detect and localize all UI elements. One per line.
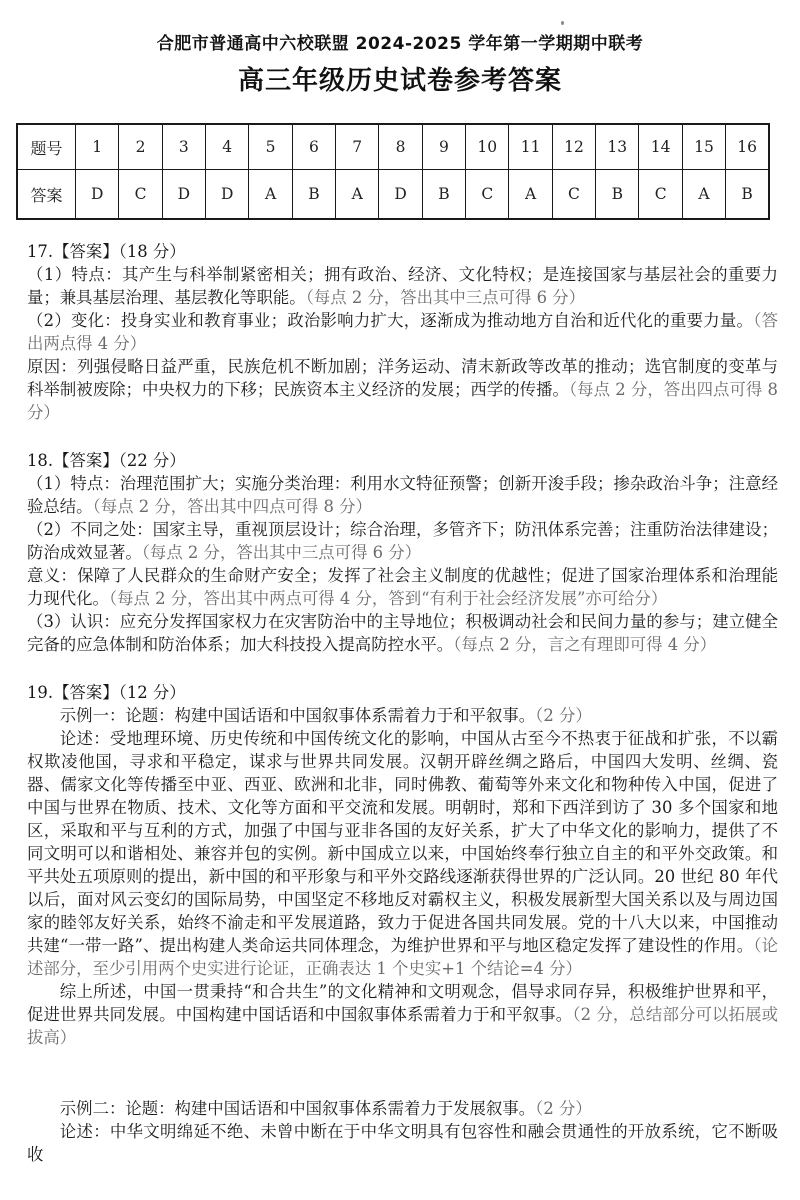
question-number-cell: 12 (552, 124, 595, 170)
answer-letter-cell: C (552, 170, 595, 220)
answer-letter-cell: B (726, 170, 769, 220)
question-number-cell: 1 (76, 124, 119, 170)
answer-letter-cell: A (336, 170, 379, 220)
answer-sections: 17.【答案】（18 分）（1）特点：其产生与科举制紧密相关；拥有政治、经济、文… (0, 220, 800, 1166)
scan-artifact-dot (561, 21, 564, 25)
answer-paragraph: （1）特点：其产生与科举制紧密相关；拥有政治、经济、文化特权；是连接国家与基层社… (27, 263, 778, 309)
question-number-cell: 9 (422, 124, 465, 170)
question-number-cell: 11 (509, 124, 552, 170)
answer-letter-cell: D (76, 170, 119, 220)
page-title: 高三年级历史试卷参考答案 (0, 66, 800, 96)
section-heading: 18.【答案】（22 分） (27, 449, 778, 472)
question-number-cell: 8 (379, 124, 422, 170)
answer-letter-cell: A (509, 170, 552, 220)
answer-paragraph: 综上所述，中国一贯秉持“和合共生”的文化精神和文明观念，倡导求同存异，积极维护世… (27, 980, 778, 1049)
exam-title: 合肥市普通高中六校联盟 2024-2025 学年第一学期期中联考 (0, 34, 800, 54)
score-note: （每点 2 分，答出其中三点可得 6 分） (306, 288, 585, 307)
answer-section: 18.【答案】（22 分）（1）特点：治理范围扩大；实施分类治理：利用水文特征预… (27, 449, 778, 656)
question-number-cell: 7 (336, 124, 379, 170)
answer-letter-cell: C (639, 170, 682, 220)
answer-row-label: 答案 (17, 170, 76, 220)
answer-key-table: 题号 12345678910111213141516 答案 DCDDABADBC… (16, 123, 770, 220)
answer-letter-cell: B (596, 170, 639, 220)
answer-letter-cell: B (422, 170, 465, 220)
score-note: （每点 2 分，答出其中四点可得 8 分） (93, 497, 372, 516)
answer-text: 示例一：论题：构建中国话语和中国叙事体系需着力于和平叙事。 (60, 706, 535, 725)
score-note: （每点 2 分，答出其中三点可得 6 分） (142, 543, 421, 562)
answer-paragraph: 原因：列强侵略日益严重，民族危机不断加剧；洋务运动、清末新政等改革的推动；选官制… (27, 355, 778, 424)
score-note: （每点 2 分，言之有理即可得 4 分） (453, 635, 716, 654)
answer-letter-cell: C (119, 170, 162, 220)
question-number-cell: 2 (119, 124, 162, 170)
score-note: （2 分） (535, 706, 592, 725)
answer-text: 论述：受地理环境、历史传统和中国传统文化的影响，中国从古至今不热衷于征战和扩张，… (27, 729, 778, 955)
question-number-cell: 14 (639, 124, 682, 170)
question-number-cell: 16 (726, 124, 769, 170)
question-number-cell: 4 (206, 124, 249, 170)
question-number-cell: 13 (596, 124, 639, 170)
answer-paragraph: 论述：中华文明绵延不绝、未曾中断在于中华文明具有包容性和融会贯通性的开放系统，它… (27, 1120, 778, 1166)
answer-letter-cell: C (466, 170, 509, 220)
section-heading: 19.【答案】（12 分） (27, 681, 778, 704)
answer-letter-cell: D (379, 170, 422, 220)
question-number-cell: 5 (249, 124, 292, 170)
answer-letter-cell: A (249, 170, 292, 220)
question-number-cell: 6 (292, 124, 335, 170)
answer-paragraph: （1）特点：治理范围扩大；实施分类治理：利用水文特征预警；创新开浚手段；掺杂政治… (27, 472, 778, 518)
answer-letter-row: 答案 DCDDABADBCACBCAB (17, 170, 769, 220)
answer-text: 示例二：论题：构建中国话语和中国叙事体系需着力于发展叙事。 (60, 1099, 535, 1118)
answer-section: 17.【答案】（18 分）（1）特点：其产生与科举制紧密相关；拥有政治、经济、文… (27, 240, 778, 424)
page-header: 合肥市普通高中六校联盟 2024-2025 学年第一学期期中联考 高三年级历史试… (0, 34, 800, 96)
answer-letter-cell: D (206, 170, 249, 220)
answer-paragraph: 论述：受地理环境、历史传统和中国传统文化的影响，中国从古至今不热衷于征战和扩张，… (27, 727, 778, 980)
exam-answer-page: 合肥市普通高中六校联盟 2024-2025 学年第一学期期中联考 高三年级历史试… (0, 0, 800, 1200)
answer-paragraph: 示例一：论题：构建中国话语和中国叙事体系需着力于和平叙事。（2 分） (27, 704, 778, 727)
question-number-cell: 15 (682, 124, 725, 170)
score-note: （每点 2 分，答出其中两点可得 4 分，答到“有利于社会经济发展”亦可给分） (109, 589, 667, 608)
question-number-cell: 10 (466, 124, 509, 170)
answer-letter-cell: A (682, 170, 725, 220)
score-note: （2 分） (535, 1099, 592, 1118)
answer-paragraph: 意义：保障了人民群众的生命财产安全；发挥了社会主义制度的优越性；促进了国家治理体… (27, 564, 778, 610)
section-heading: 17.【答案】（18 分） (27, 240, 778, 263)
question-row-label: 题号 (17, 124, 76, 170)
answer-letter-cell: D (162, 170, 205, 220)
answer-section: 19.【答案】（12 分）示例一：论题：构建中国话语和中国叙事体系需着力于和平叙… (27, 681, 778, 1166)
question-number-cell: 3 (162, 124, 205, 170)
question-number-row: 题号 12345678910111213141516 (17, 124, 769, 170)
answer-paragraph: 示例二：论题：构建中国话语和中国叙事体系需着力于发展叙事。（2 分） (27, 1097, 778, 1120)
answer-paragraph: （2）变化：投身实业和教育事业；政治影响力扩大，逐渐成为推动地方自治和近代化的重… (27, 309, 778, 355)
answer-paragraph: （2）不同之处：国家主导，重视顶层设计；综合治理，多管齐下；防汛体系完善；注重防… (27, 518, 778, 564)
answer-letter-cell: B (292, 170, 335, 220)
answer-text: （2）变化：投身实业和教育事业；政治影响力扩大，逐渐成为推动地方自治和近代化的重… (27, 311, 753, 330)
answer-text: 论述：中华文明绵延不绝、未曾中断在于中华文明具有包容性和融会贯通性的开放系统，它… (27, 1122, 778, 1164)
answer-paragraph: （3）认识：应充分发挥国家权力在灾害防治中的主导地位；积极调动社会和民间力量的参… (27, 610, 778, 656)
